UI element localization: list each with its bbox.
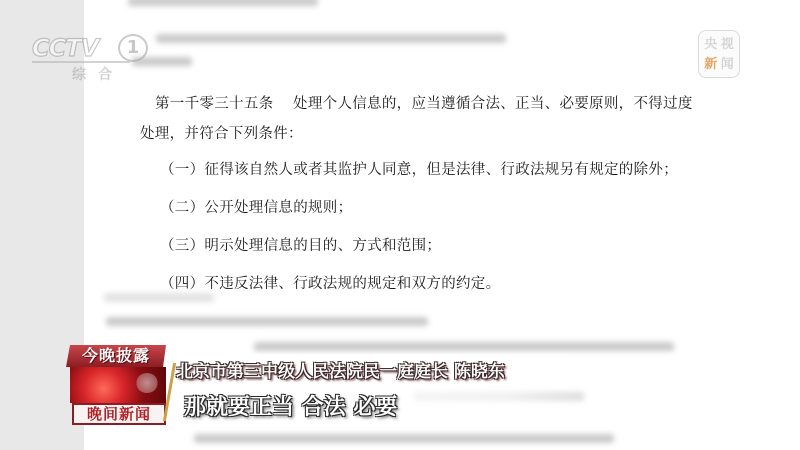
cctv-wordmark: CCTV xyxy=(32,34,98,62)
blurred-text-line xyxy=(128,0,318,6)
article-body-line1: 处理个人信息的，应当遵循合法、正当、必要原则，不得过度 xyxy=(293,96,693,112)
badge-char: 视 xyxy=(720,35,736,54)
blurred-text-line xyxy=(104,293,214,302)
logo-underline xyxy=(32,61,130,63)
article-body-line2: 处理，并符合下列条件： xyxy=(140,122,303,143)
channel-number: 1 xyxy=(118,34,148,62)
speaker-caption: 北京市第三中级人民法院民一庭庭长 陈晓东 xyxy=(176,357,505,382)
program-name: 晚间新闻 xyxy=(72,403,166,425)
condition-item-2: （二）公开处理信息的规则； xyxy=(160,196,352,217)
badge-char: 新 xyxy=(703,55,719,74)
cctv-channel-logo: CCTV 1 综合 xyxy=(32,34,152,84)
article-number: 第一千零三十五条 xyxy=(155,96,273,112)
program-badge-top: 今晚披露 xyxy=(66,345,166,367)
program-badge: 今晚披露 晚间新闻 xyxy=(66,345,170,425)
blurred-text-line xyxy=(156,34,506,43)
blurred-text-line xyxy=(194,434,614,443)
blurred-text-line xyxy=(254,342,674,351)
cctv-news-app-icon: 央 视 新 闻 xyxy=(698,30,740,78)
channel-label: 综合 xyxy=(72,64,124,84)
condition-item-4: （四）不违反法律、行政法规的规定和双方的约定。 xyxy=(160,272,500,293)
globe-icon xyxy=(70,367,166,403)
quote-caption: 那就要正当 合法 必要 xyxy=(184,390,397,421)
condition-item-1: （一）征得该自然人或者其监护人同意，但是法律、行政法规另有规定的除外； xyxy=(160,158,678,179)
blurred-text-line xyxy=(106,317,428,326)
badge-char: 闻 xyxy=(720,55,736,74)
badge-char: 央 xyxy=(703,35,719,54)
condition-item-3: （三）明示处理信息的目的、方式和范围； xyxy=(160,234,441,255)
article-heading: 第一千零三十五条 处理个人信息的，应当遵循合法、正当、必要原则，不得过度 xyxy=(155,92,693,113)
